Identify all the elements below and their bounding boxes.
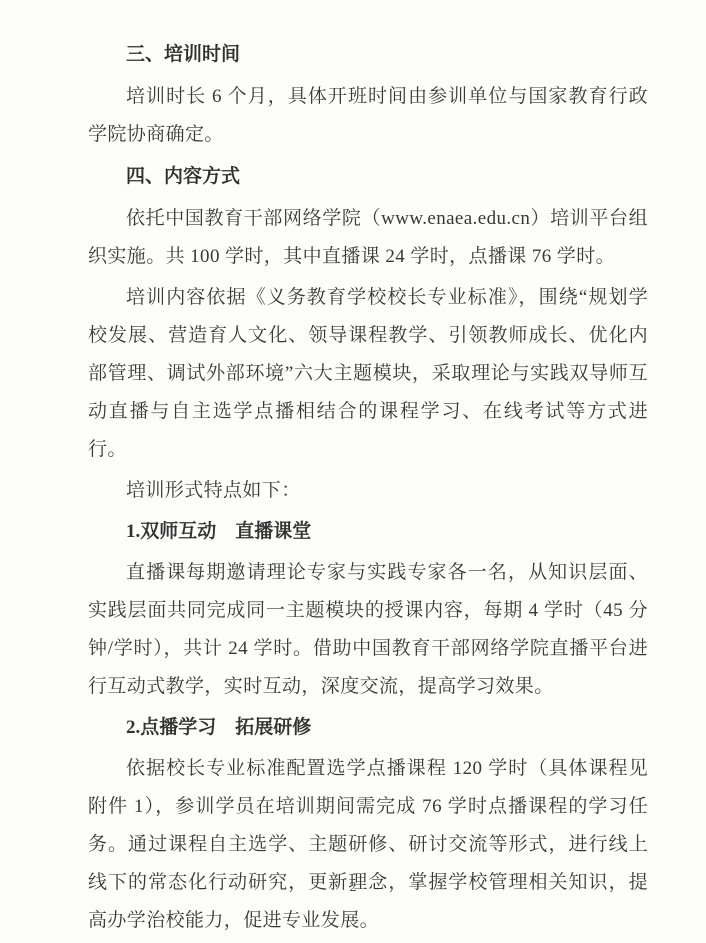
document-page: 三、培训时间 培训时长 6 个月，具体开班时间由参训单位与国家教育行政学院协商确… [0, 0, 706, 943]
page-number: 2 [0, 880, 706, 896]
paragraph-training-duration: 培训时长 6 个月，具体开班时间由参训单位与国家教育行政学院协商确定。 [88, 78, 648, 154]
paragraph-live-course-detail: 直播课每期邀请理论专家与实践专家各一名，从知识层面、实践层面共同完成同一主题模块… [88, 554, 648, 706]
document-body: 三、培训时间 培训时长 6 个月，具体开班时间由参训单位与国家教育行政学院协商确… [88, 32, 648, 943]
paragraph-ondemand-course-detail: 依据校长专业标准配置选学点播课程 120 学时（具体课程见附件 1），参训学员在… [88, 750, 648, 940]
paragraph-platform-hours: 依托中国教育干部网络学院（www.enaea.edu.cn）培训平台组织实施。共… [88, 200, 648, 276]
section-heading-training-time: 三、培训时间 [88, 36, 648, 74]
subheading-dual-teacher-live: 1.双师互动 直播课堂 [88, 513, 648, 551]
paragraph-training-content-basis: 培训内容依据《义务教育学校校长专业标准》，围绕“规划学校发展、营造育人文化、领导… [88, 279, 648, 469]
section-heading-content-method: 四、内容方式 [88, 158, 648, 196]
subheading-ondemand-study: 2.点播学习 拓展研修 [88, 709, 648, 747]
paragraph-format-features-intro: 培训形式特点如下： [88, 472, 648, 510]
